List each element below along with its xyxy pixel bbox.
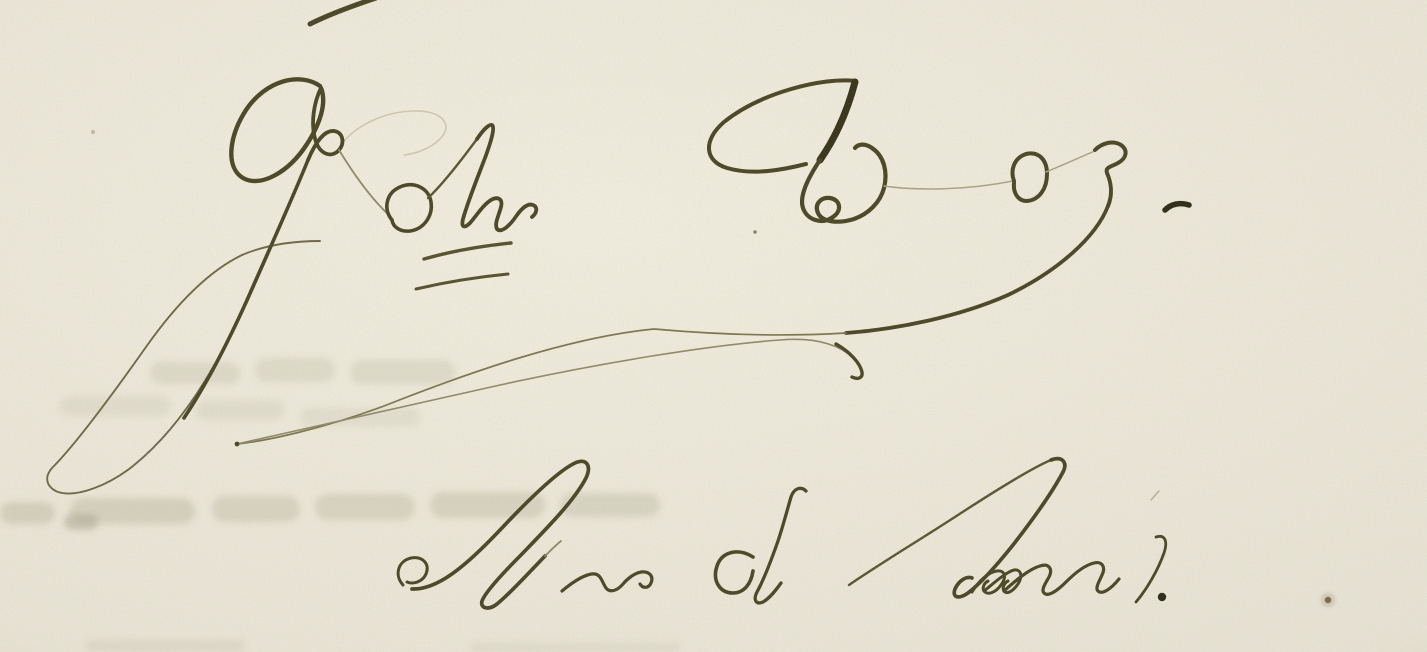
paper-grain-overlay — [0, 0, 1427, 652]
scanned-document-page: Johs Bos — [0, 0, 1427, 652]
manuscript-scan — [0, 0, 1427, 652]
